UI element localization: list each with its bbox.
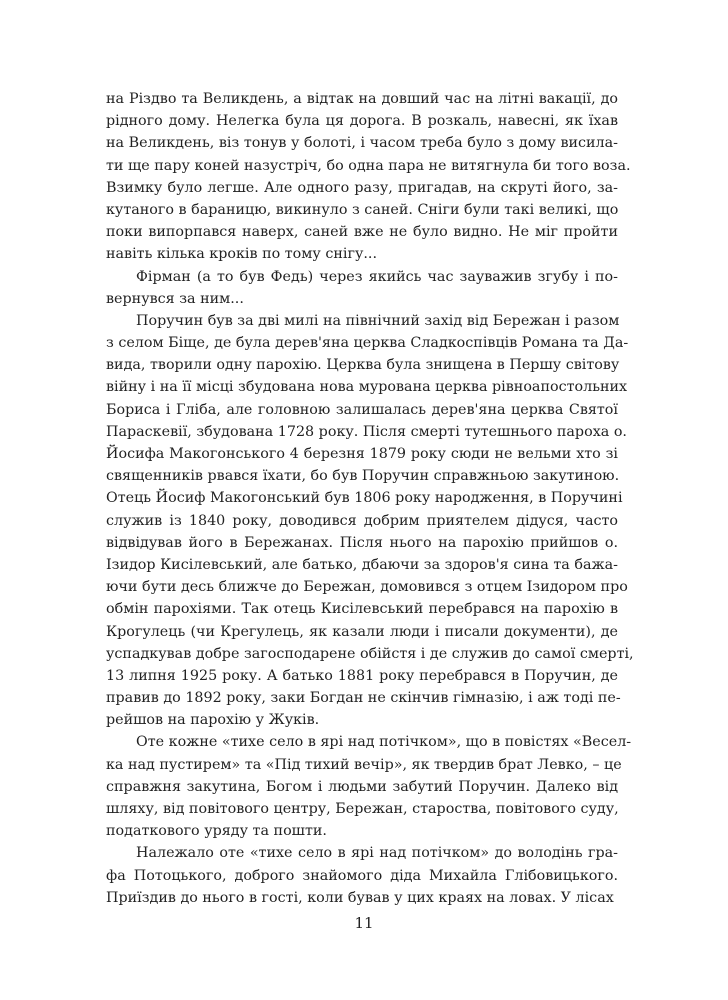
text-line: навіть кілька кроків по тому снігу... [106, 243, 618, 265]
text-line: служив із 1840 року, доводився добрим пр… [106, 510, 618, 532]
page-number: 11 [0, 914, 728, 932]
text-line: ючи бути десь ближче до Бережан, домовив… [106, 576, 618, 598]
text-line: Взимку було легше. Але одного разу, приг… [106, 177, 618, 199]
text-line: обмін парохіями. Так отець Кисілевський … [106, 598, 618, 620]
text-line: Оте кожне «тихе село в ярі над потічком»… [106, 731, 618, 753]
text-line: кутаного в бараницю, викинуло з саней. С… [106, 199, 618, 221]
paragraph: на Різдво та Великдень, а відтак на довш… [106, 88, 618, 266]
paragraph: Поручин був за дві милі на північний зах… [106, 310, 618, 732]
book-page: на Різдво та Великдень, а відтак на довш… [0, 0, 728, 1000]
text-line: рейшов на парохію у Жуків. [106, 709, 618, 731]
text-line: Отець Йосиф Макогонський був 1806 року н… [106, 487, 618, 509]
text-line: ти ще пару коней назустріч, бо одна пара… [106, 155, 618, 177]
text-line: відвідував його в Бережанах. Після нього… [106, 532, 618, 554]
text-line: вида, творили одну парохію. Церква була … [106, 354, 618, 376]
paragraph: Належало оте «тихе село в ярі над потічк… [106, 842, 618, 909]
text-line: податкового уряду та пошти. [106, 820, 618, 842]
text-line: вернувся за ним... [106, 288, 618, 310]
text-line: на Різдво та Великдень, а відтак на довш… [106, 88, 618, 110]
text-line: успадкував добре загосподарене обійстя і… [106, 643, 618, 665]
text-line: ка над пустирем» та «Під тихий вечір», я… [106, 754, 618, 776]
text-line: Приїздив до нього в гості, коли бував у … [106, 887, 618, 909]
body-text: на Різдво та Великдень, а відтак на довш… [106, 88, 618, 909]
text-line: правив до 1892 року, заки Богдан не скін… [106, 687, 618, 709]
text-line: Параскевії, збудована 1728 року. Після с… [106, 421, 618, 443]
text-line: Крогулець (чи Крегулець, як казали люди … [106, 621, 618, 643]
text-line: рідного дому. Нелегка була ця дорога. В … [106, 110, 618, 132]
text-line: Йосифа Макогонського 4 березня 1879 року… [106, 443, 618, 465]
text-line: Фірман (а то був Федь) через якийсь час … [106, 266, 618, 288]
text-line: 13 липня 1925 року. А батько 1881 року п… [106, 665, 618, 687]
paragraph: Фірман (а то був Федь) через якийсь час … [106, 266, 618, 310]
text-line: Належало оте «тихе село в ярі над потічк… [106, 842, 618, 864]
text-line: Бориса і Гліба, але головною залишалась … [106, 399, 618, 421]
text-line: Поручин був за дві милі на північний зах… [106, 310, 618, 332]
text-line: війну і на її місці збудована нова муров… [106, 376, 618, 398]
text-line: шляху, від повітового центру, Бережан, с… [106, 798, 618, 820]
paragraph: Оте кожне «тихе село в ярі над потічком»… [106, 731, 618, 842]
text-line: священників рвався їхати, бо був Поручин… [106, 465, 618, 487]
text-line: поки випорпався наверх, саней вже не бул… [106, 221, 618, 243]
text-line: фа Потоцького, доброго знайомого діда Ми… [106, 865, 618, 887]
text-line: на Великдень, віз тонув у болоті, і часо… [106, 132, 618, 154]
text-line: Ізидор Кисілевський, але батько, дбаючи … [106, 554, 618, 576]
text-line: справжня закутина, Богом і людьми забути… [106, 776, 618, 798]
text-line: з селом Біще, де була дерев'яна церква С… [106, 332, 618, 354]
